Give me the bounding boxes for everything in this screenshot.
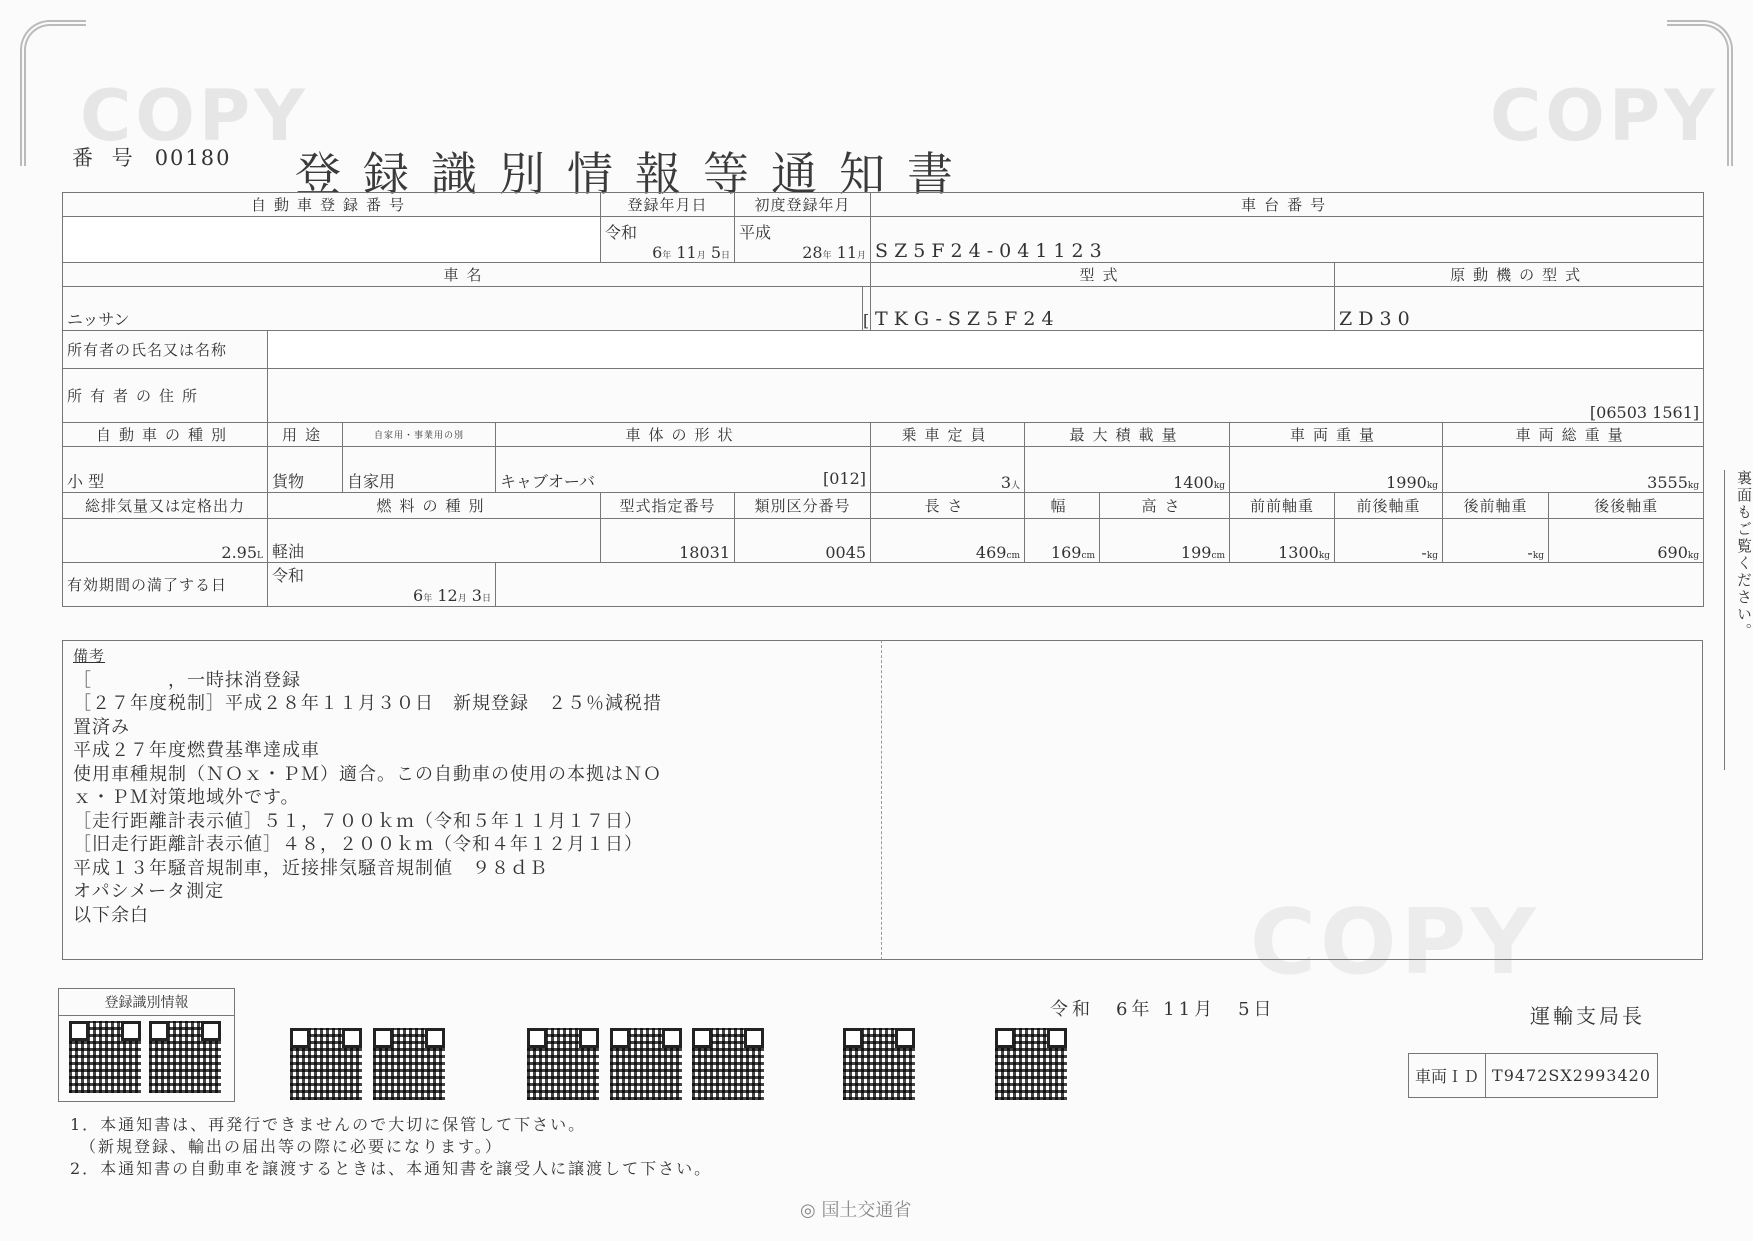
header-width: 幅 — [1025, 493, 1100, 519]
capacity-value: 3人 — [871, 447, 1025, 493]
header-category-no: 類別区分番号 — [735, 493, 871, 519]
owner-name-value — [268, 331, 1704, 369]
header-length: 長さ — [871, 493, 1025, 519]
issuer: 運輸支局長 — [1530, 1000, 1645, 1029]
qr-label: 登録識別情報 — [59, 989, 234, 1016]
vehicle-class-value: 小 型 — [63, 447, 268, 493]
header-vehicle-class: 自動車の種別 — [63, 423, 268, 447]
private-commercial-value: 自家用 — [343, 447, 496, 493]
remarks-line: 置済み — [73, 716, 871, 740]
notes: 1．本通知書は、再発行できませんので大切に保管して下さい。 （新規登録、輸出の届… — [70, 1114, 712, 1180]
length-value: 469cm — [871, 519, 1025, 563]
remarks-lines: ［ ，一時抹消登録［２７年度税制］平成２８年１１月３０日 新規登録 ２５％減税措… — [73, 669, 871, 928]
header-max-load: 最大積載量 — [1025, 423, 1230, 447]
header-ff-axle: 前前軸重 — [1230, 493, 1335, 519]
remarks-line: 使用車種規制（ＮＯｘ・ＰＭ）適合。この自動車の使用の本拠はＮＯ — [73, 763, 871, 787]
header-reg-number: 自動車登録番号 — [63, 193, 601, 217]
header-height: 高さ — [1100, 493, 1230, 519]
header-model: 型式 — [871, 263, 1335, 287]
model-value: TKG-SZ5F24 — [871, 287, 1335, 331]
header-vehicle-weight: 車両重量 — [1230, 423, 1443, 447]
registration-table: 自動車登録番号 登録年月日 初度登録年月 車台番号 令和 6年 11月 5日 平… — [62, 192, 1704, 607]
type-designation-value: 18031 — [601, 519, 735, 563]
header-type-designation: 型式指定番号 — [601, 493, 735, 519]
document-number: 番 号00180 — [72, 142, 232, 172]
qr-code-icon — [373, 1028, 445, 1100]
header-chassis-no: 車台番号 — [871, 193, 1704, 217]
remarks-line: ［ ，一時抹消登録 — [73, 669, 871, 693]
blank-cell — [496, 563, 1704, 607]
remarks-section: 備考 ［ ，一時抹消登録［２７年度税制］平成２８年１１月３０日 新規登録 ２５％… — [62, 640, 882, 960]
chassis-no-value: SZ5F24-041123 — [871, 217, 1704, 263]
qr-code-icon — [995, 1028, 1067, 1100]
note-line: 1．本通知書は、再発行できませんので大切に保管して下さい。 — [70, 1114, 712, 1136]
remarks-line: ［旧走行距離計表示値］４８，２００ｋｍ（令和４年１２月１日） — [73, 833, 871, 857]
expiry-value: 令和 6年 12月 3日 — [268, 563, 496, 607]
qr-code-icon — [149, 1021, 221, 1093]
header-fr-axle: 前後軸重 — [1335, 493, 1443, 519]
header-car-name: 車名 — [63, 263, 871, 287]
ff-axle-value: 1300kg — [1230, 519, 1335, 563]
owner-address-value: [06503 1561] — [268, 369, 1704, 423]
header-body-shape: 車体の形状 — [496, 423, 871, 447]
note-line: 2．本通知書の自動車を譲渡するときは、本通知書を譲受人に譲渡して下さい。 — [70, 1158, 712, 1180]
ministry-logo: ◎ 国土交通省 — [800, 1196, 911, 1222]
reg-date-value: 令和 6年 11月 5日 — [601, 217, 735, 263]
header-gross-weight: 車両総重量 — [1443, 423, 1704, 447]
header-owner-name: 所有者の氏名又は名称 — [63, 331, 268, 369]
header-rf-axle: 後前軸重 — [1443, 493, 1549, 519]
use-value: 貨物 — [268, 447, 343, 493]
displacement-value: 2.95L — [63, 519, 268, 563]
registration-id-qr-box: 登録識別情報 — [58, 988, 235, 1102]
vehicle-weight-value: 1990kg — [1230, 447, 1443, 493]
vehicle-id-value: T9472SX2993420 — [1486, 1054, 1658, 1098]
model-code: [213] — [863, 287, 871, 331]
header-first-reg: 初度登録年月 — [735, 193, 871, 217]
remarks-line: ｘ・ＰＭ対策地域外です。 — [73, 786, 871, 810]
remarks-label: 備考 — [73, 645, 871, 669]
qr-code-icon — [290, 1028, 362, 1100]
header-displacement: 総排気量又は定格出力 — [63, 493, 268, 519]
remarks-line: 平成２７年度燃費基準達成車 — [73, 739, 871, 763]
rr-axle-value: 690kg — [1549, 519, 1704, 563]
issue-date: 令和 6年 11月 5日 — [1050, 995, 1276, 1021]
header-owner-address: 所有者の住所 — [63, 369, 268, 423]
remarks-line: ［２７年度税制］平成２８年１１月３０日 新規登録 ２５％減税措 — [73, 692, 871, 716]
car-name-value: ニッサン — [63, 287, 863, 331]
reg-number-value — [63, 217, 601, 263]
max-load-value: 1400kg — [1025, 447, 1230, 493]
vehicle-id-label: 車両ＩＤ — [1409, 1054, 1486, 1098]
header-expiry: 有効期間の満了する日 — [63, 563, 268, 607]
gross-weight-value: 3555kg — [1443, 447, 1704, 493]
header-use: 用途 — [268, 423, 343, 447]
document-page: COPY COPY COPY 番 号00180 登録識別情報等通知書 自動車登録… — [0, 0, 1753, 1241]
header-fuel: 燃料の種別 — [268, 493, 601, 519]
header-reg-date: 登録年月日 — [601, 193, 735, 217]
rf-axle-value: -kg — [1443, 519, 1549, 563]
qr-code-icon — [692, 1028, 764, 1100]
height-value: 199cm — [1100, 519, 1230, 563]
header-engine-model: 原動機の型式 — [1335, 263, 1704, 287]
remarks-right-blank — [882, 640, 1703, 960]
vehicle-id-box: 車両ＩＤ T9472SX2993420 — [1408, 1053, 1658, 1098]
category-no-value: 0045 — [735, 519, 871, 563]
width-value: 169cm — [1025, 519, 1100, 563]
header-capacity: 乗車定員 — [871, 423, 1025, 447]
qr-code-icon — [610, 1028, 682, 1100]
remarks-line: オパシメータ測定 — [73, 880, 871, 904]
remarks-line: 平成１３年騒音規制車，近接排気騒音規制値 ９８ｄＢ — [73, 857, 871, 881]
header-rr-axle: 後後軸重 — [1549, 493, 1704, 519]
qr-code-icon — [843, 1028, 915, 1100]
header-private-commercial: 自家用・事業用の別 — [343, 423, 496, 447]
qr-code-icon — [69, 1021, 141, 1093]
remarks-line: 以下余白 — [73, 904, 871, 928]
note-line: （新規登録、輸出の届出等の際に必要になります。） — [70, 1136, 712, 1158]
first-reg-value: 平成 28年 11月 — [735, 217, 871, 263]
copy-watermark: COPY — [1490, 75, 1719, 157]
side-note: 裏面もご覧ください。 — [1724, 470, 1753, 770]
body-shape-value: キャブオーバ[012] — [496, 447, 871, 493]
engine-model-value: ZD30 — [1335, 287, 1704, 331]
fr-axle-value: -kg — [1335, 519, 1443, 563]
qr-code-icon — [527, 1028, 599, 1100]
fuel-value: 軽油 — [268, 519, 601, 563]
remarks-line: ［走行距離計表示値］５１，７００ｋｍ（令和５年１１月１７日） — [73, 810, 871, 834]
